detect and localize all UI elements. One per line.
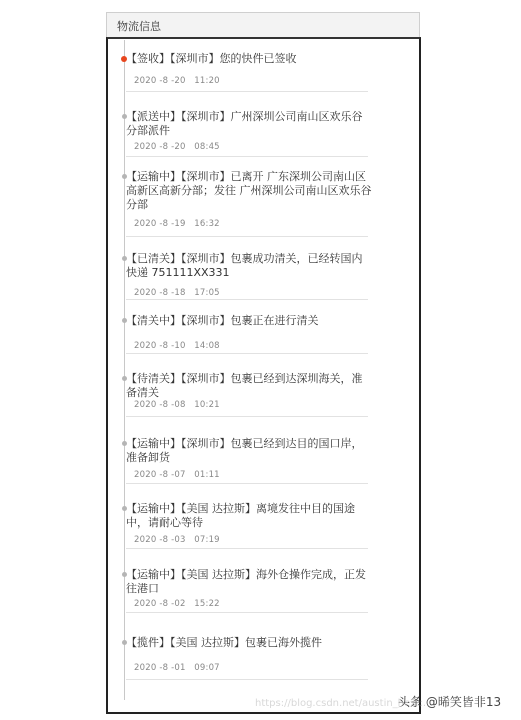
divider xyxy=(126,548,368,549)
divider xyxy=(126,299,368,300)
divider xyxy=(126,612,368,613)
divider xyxy=(126,483,368,484)
timeline-item-title: 【派送中】【深圳市】广州深圳公司南山区欢乐谷分部派件 xyxy=(126,110,372,138)
timeline-line xyxy=(124,40,125,700)
divider xyxy=(126,236,368,237)
watermark-brand: 头条 @晞笑皆非13 xyxy=(398,693,501,710)
timeline-item-title: 【运输中】【美国 达拉斯】离境发往中目的国途中，请耐心等待 xyxy=(126,502,372,530)
timeline-item-title: 【运输中】【美国 达拉斯】海外仓操作完成，正发往港口 xyxy=(126,568,372,596)
timeline-item-title: 【揽件】【美国 达拉斯】包裹已海外揽件 xyxy=(126,636,372,650)
timeline-item-date: 2020 -8 -01 09:07 xyxy=(134,663,220,673)
timeline-item-title: 【待清关】【深圳市】包裹已经到达深圳海关，准备清关 xyxy=(126,372,372,400)
timeline-item-date: 2020 -8 -20 11:20 xyxy=(134,76,220,86)
timeline-item-title: 【运输中】【深圳市】包裹已经到达目的国口岸，准备卸货 xyxy=(126,437,372,465)
timeline-item-date: 2020 -8 -18 17:05 xyxy=(134,288,220,298)
timeline-item-date: 2020 -8 -10 14:08 xyxy=(134,341,220,351)
timeline-item-title: 【运输中】【深圳市】已离开 广东深圳公司南山区高新区高新分部；发往 广州深圳公司… xyxy=(126,170,372,212)
panel-title: 物流信息 xyxy=(117,18,161,34)
timeline-item-date: 2020 -8 -20 08:45 xyxy=(134,142,220,152)
timeline-item-date: 2020 -8 -08 10:21 xyxy=(134,400,220,410)
panel-header: 物流信息 xyxy=(106,12,420,37)
timeline-item-date: 2020 -8 -03 07:19 xyxy=(134,535,220,545)
timeline-item-title: 【签收】【深圳市】您的快件已签收 xyxy=(126,52,372,66)
timeline-item-title: 【清关中】【深圳市】包裹正在进行清关 xyxy=(126,314,372,328)
timeline-item-title: 【已清关】【深圳市】包裹成功清关，已经转国内快递 751111XX331 xyxy=(126,252,372,280)
timeline-item-date: 2020 -8 -07 01:11 xyxy=(134,470,220,480)
divider xyxy=(126,91,368,92)
divider xyxy=(126,679,368,680)
divider xyxy=(126,156,368,157)
timeline-item-date: 2020 -8 -02 15:22 xyxy=(134,599,220,609)
divider xyxy=(126,353,368,354)
timeline-item-date: 2020 -8 -19 16:32 xyxy=(134,219,220,229)
divider xyxy=(126,416,368,417)
